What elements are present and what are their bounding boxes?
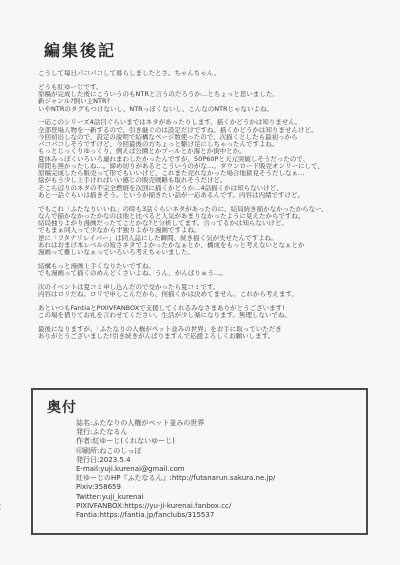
paragraph: 次のイベントは夏コミ申し込んだので受かったら夏コミです。内容はロリだね。ロリで申…: [38, 284, 383, 299]
text-line: この場を借りてお礼を言わせてください。生活が少し楽になります。無理しないでね。: [38, 312, 383, 319]
text-line: もっとじっくりゆっくり、例えば公園とかプールとか海とか街中とか。: [38, 148, 383, 155]
paragraph: 最後になりますが、「ふたなりの人権がペット並みの世界」をお手に取っていただきあり…: [38, 326, 383, 341]
colophon-line: 発行日:2023.5.4: [76, 456, 275, 465]
colophon-line: 紅ゆーじのHP『ふたなるん』:http://futanarun.sakura.n…: [76, 474, 275, 483]
text-line: 夏休みっぽくいろいろ連れまわしたかったんですが、50P60Pと天元突破しそうだっ…: [38, 156, 383, 163]
text-line: 原稿完成したら販売って形でもいいけど、これまた売れなかった場合地獄見そうだしなぁ…: [38, 170, 383, 177]
colophon-box: 奥付 誌名:ふたなりの人権がペット並みの世界発行:ふたなるん作者:紅ゆーじ(くれ…: [31, 388, 368, 535]
colophon-line: PIXIVFANBOX:https://yu-ji-kurenai.fanbox…: [76, 502, 275, 511]
paragraph: あといつもFantiaとPIXIVFANBOXで支援してくれるみなさまありがとう…: [38, 305, 383, 320]
paragraph: 一応このシリーズ4話目ぐらいまではネタがあったりします、描くかどうかは知りません…: [38, 119, 383, 199]
text-line: そこら辺りのネタの不完全燃焼を次回に描くかどうか…4話描くかは知らないけど、: [38, 185, 383, 192]
text-line: 時間も無かったしね…。締め切りがあるとこういうのがな…。ダウンロード販売オンリー…: [38, 163, 383, 170]
text-line: 新ジャンル?飼い主NTR?: [38, 98, 383, 105]
afterword-body: こうして毎日パコパコして暮らしましたとさ。ちゃんちゃん。どうも紅ゆーじです。原稿…: [38, 70, 383, 347]
paragraph: こうして毎日パコパコして暮らしましたとさ。ちゃんちゃん。: [38, 70, 383, 77]
scanned-document-page: 編集後記 こうして毎日パコパコして暮らしましたとさ。ちゃんちゃん。どうも紅ゆーじ…: [0, 0, 400, 565]
afterword-title: 編集後記: [44, 38, 116, 61]
colophon-line: Twitter:yuji_kurenai: [76, 493, 275, 502]
text-line: あといつもFantiaとPIXIVFANBOXで支援してくれるみなさまありがとう…: [38, 305, 383, 312]
text-line: いやNTRのタグもつけないし、NTRっぽくないし、こんなのNTRじゃないよね。: [38, 106, 383, 113]
text-line: どうも紅ゆーじです。: [38, 84, 383, 91]
text-line: パコパコしそうですけど、今回最後の方ちょっと駆け足にしちゃったんですよね。: [38, 141, 383, 148]
text-line: 原稿が完成した後にこういうのもNTRと言うのだろうか…とちょっと思いました。: [38, 91, 383, 98]
text-line: 結構もっと漫画上手くなりたいですね。: [38, 263, 383, 270]
text-line: 最後になりますが、「ふたなりの人権がペット並みの世界」をお手に取っていただき: [38, 326, 383, 333]
paragraph: どうも紅ゆーじです。原稿が完成した後にこういうのもNTRと言うのだろうか…とちょ…: [38, 84, 383, 113]
text-line: こうして毎日パコパコして暮らしましたとさ。ちゃんちゃん。: [38, 70, 383, 77]
text-line: あれはおまけ本レベルの短さネタでよかったかなぁとか、構成をもっと考えないとなぁと…: [38, 242, 383, 249]
paragraph: 結構もっと漫画上手くなりたいですね。でも漫画って描くのめんどくさいよね。うん、が…: [38, 263, 383, 278]
colophon-line: E-mail:yuji.kurenai@gmail.com: [76, 465, 275, 474]
colophon-line: 誌名:ふたなりの人権がペット並みの世界: [76, 419, 275, 428]
colophon-body: 誌名:ふたなりの人権がペット並みの世界発行:ふたなるん作者:紅ゆーじ(くれないゆ…: [76, 419, 275, 520]
text-line: 今回初出しなので、設定の説明で結構なページ数使ったので、次描くとしたら最初っから: [38, 134, 383, 141]
text-line: 結局独りよがり漫画だったてことかな?と分析してます。合ってるかは知らないけど。: [38, 220, 383, 227]
colophon-line: 印刷所:ねこのしっぽ: [76, 447, 275, 456]
paragraph: でもこれ「ふたなりいいね」の時も3話くらいネタがあったのに、結局続き描かなかった…: [38, 206, 383, 257]
text-line: ありがとうございました!引き続きがんばりますんで応援よろしくお願いします。: [38, 333, 383, 340]
colophon-line: 発行:ふたなるん: [76, 428, 275, 437]
page-number: 44: [0, 502, 2, 511]
text-line: でも漫画って描くのめんどくさいよね。うん、がんばりゅう…。: [38, 270, 383, 277]
text-line: なんで描かなかったかなのは他と比べると人気があまりなかったように見えたからですね…: [38, 213, 383, 220]
text-line: 全部登場人物を一新するので、引き継ぐのは設定だけですね。描くかどうかは知りません…: [38, 127, 383, 134]
text-line: 内容はロリだね。ロリで申しこんだから、何描くかは決めてません。これから考えます。: [38, 291, 383, 298]
colophon-line: Pixiv:358659: [76, 483, 275, 492]
text-line: 次のイベントは夏コミ申し込んだので受かったら夏コミです。: [38, 284, 383, 291]
colophon-line: Fantia:https://fantia.jp/fanclubs/315537: [76, 511, 275, 520]
text-line: 絵がもう少し上手ければいい感じの販売戦略も取れそうだけど。: [38, 177, 383, 184]
text-line: 漫画って難しいなぁっていろいろ考えちゃいました。: [38, 249, 383, 256]
text-line: 逆に「フタナリレイパー」は同人誌にした瞬間、続き描く気が失せたんですよね。: [38, 235, 383, 242]
colophon-title: 奥付: [47, 397, 77, 417]
text-line: あと一話ぐらいは描きそう。というか描きたい話が一応あるんです。内容は内緒ですけど…: [38, 192, 383, 199]
colophon-line: 作者:紅ゆーじ(くれないゆーじ): [76, 437, 275, 446]
text-line: 一応このシリーズ4話目ぐらいまではネタがあったりします、描くかどうかは知りません…: [38, 119, 383, 126]
text-line: でもこれ「ふたなりいいね」の時も3話くらいネタがあったのに、結局続き描かなかった…: [38, 206, 383, 213]
text-line: でもまぁ同人って少なからず独りよがり漫画ですよね。: [38, 227, 383, 234]
